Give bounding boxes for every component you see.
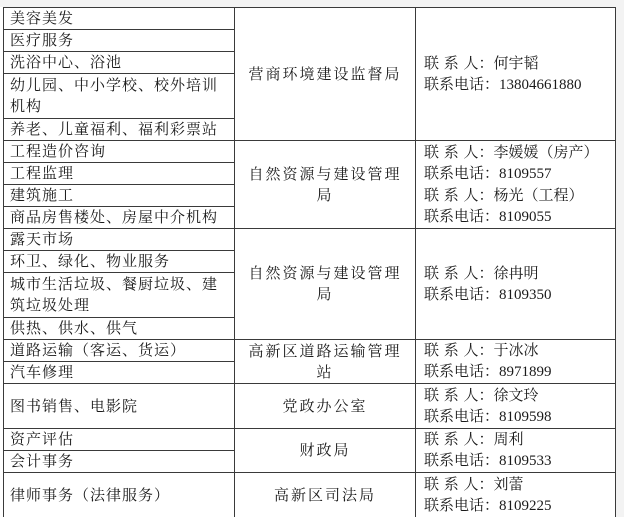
- department-cell: 自然资源与建设管理局: [235, 141, 416, 229]
- contact-cell: 联 系 人：徐冉明 联系电话：8109350: [416, 229, 616, 340]
- contact-phone: 联系电话：8971899: [424, 361, 609, 383]
- industry-cell: 幼儿园、中小学校、校外培训机构: [4, 74, 235, 119]
- industry-cell: 商品房售楼处、房屋中介机构: [4, 207, 235, 229]
- contact-cell: 联 系 人：刘蕾 联系电话：8109225: [416, 473, 616, 517]
- industry-cell: 洗浴中心、浴池: [4, 52, 235, 74]
- industry-cell: 露天市场: [4, 229, 235, 251]
- contact-person: 联 系 人：刘蕾: [424, 474, 609, 495]
- contact-phone: 联系电话：13804661880: [424, 74, 609, 96]
- contact-table: 美容美发 营商环境建设监督局 联 系 人：何宇韬 联系电话：1380466188…: [3, 7, 616, 517]
- table-row: 图书销售、电影院 党政办公室 联 系 人：徐文玲 联系电话：8109598: [4, 384, 616, 429]
- industry-cell: 建筑施工: [4, 185, 235, 207]
- table-row: 露天市场 自然资源与建设管理局 联 系 人：徐冉明 联系电话：8109350: [4, 229, 616, 251]
- department-cell: 自然资源与建设管理局: [235, 229, 416, 340]
- industry-cell: 养老、儿童福利、福利彩票站: [4, 119, 235, 141]
- industry-cell: 会计事务: [4, 451, 235, 473]
- industry-cell: 城市生活垃圾、餐厨垃圾、建筑垃圾处理: [4, 273, 235, 318]
- contact-cell: 联 系 人：周利 联系电话：8109533: [416, 429, 616, 473]
- contact-person: 联 系 人：徐冉明: [424, 263, 609, 284]
- industry-cell: 供热、供水、供气: [4, 318, 235, 340]
- table-row: 道路运输（客运、货运） 高新区道路运输管理站 联 系 人：于冰冰 联系电话：89…: [4, 340, 616, 362]
- table-row: 美容美发 营商环境建设监督局 联 系 人：何宇韬 联系电话：1380466188…: [4, 8, 616, 30]
- industry-cell: 资产评估: [4, 429, 235, 451]
- industry-cell: 美容美发: [4, 8, 235, 30]
- table-row: 工程造价咨询 自然资源与建设管理局 联 系 人：李媛媛（房产） 联系电话：810…: [4, 141, 616, 163]
- department-cell: 营商环境建设监督局: [235, 8, 416, 141]
- contact-phone: 联系电话：8109557: [424, 163, 609, 185]
- industry-cell: 道路运输（客运、货运）: [4, 340, 235, 362]
- table-row: 资产评估 财政局 联 系 人：周利 联系电话：8109533: [4, 429, 616, 451]
- industry-cell: 工程监理: [4, 163, 235, 185]
- industry-cell: 汽车修理: [4, 362, 235, 384]
- contact-cell: 联 系 人：于冰冰 联系电话：8971899: [416, 340, 616, 384]
- department-cell: 财政局: [235, 429, 416, 473]
- industry-cell: 律师事务（法律服务）: [4, 473, 235, 517]
- industry-cell: 环卫、绿化、物业服务: [4, 251, 235, 273]
- contact-person: 联 系 人：李媛媛（房产）: [424, 142, 609, 163]
- industry-cell: 工程造价咨询: [4, 141, 235, 163]
- contact-phone: 联系电话：8109055: [424, 206, 609, 228]
- contact-phone: 联系电话：8109598: [424, 406, 609, 428]
- department-cell: 党政办公室: [235, 384, 416, 429]
- contact-person: 联 系 人：杨光（工程）: [424, 185, 609, 206]
- department-cell: 高新区道路运输管理站: [235, 340, 416, 384]
- page-margin-right: [616, 0, 624, 517]
- contact-person: 联 系 人：何宇韬: [424, 53, 609, 74]
- contact-phone: 联系电话：8109533: [424, 450, 609, 472]
- contact-phone: 联系电话：8109350: [424, 284, 609, 306]
- page-margin-top: [0, 0, 624, 7]
- contact-phone: 联系电话：8109225: [424, 495, 609, 517]
- contact-person: 联 系 人：于冰冰: [424, 340, 609, 361]
- contact-person: 联 系 人：徐文玲: [424, 385, 609, 406]
- contact-cell: 联 系 人：何宇韬 联系电话：13804661880: [416, 8, 616, 141]
- table-row: 律师事务（法律服务） 高新区司法局 联 系 人：刘蕾 联系电话：8109225: [4, 473, 616, 517]
- industry-cell: 医疗服务: [4, 30, 235, 52]
- contact-person: 联 系 人：周利: [424, 429, 609, 450]
- contact-cell: 联 系 人：徐文玲 联系电话：8109598: [416, 384, 616, 429]
- contact-cell: 联 系 人：李媛媛（房产） 联系电话：8109557 联 系 人：杨光（工程） …: [416, 141, 616, 229]
- department-cell: 高新区司法局: [235, 473, 416, 517]
- industry-cell: 图书销售、电影院: [4, 384, 235, 429]
